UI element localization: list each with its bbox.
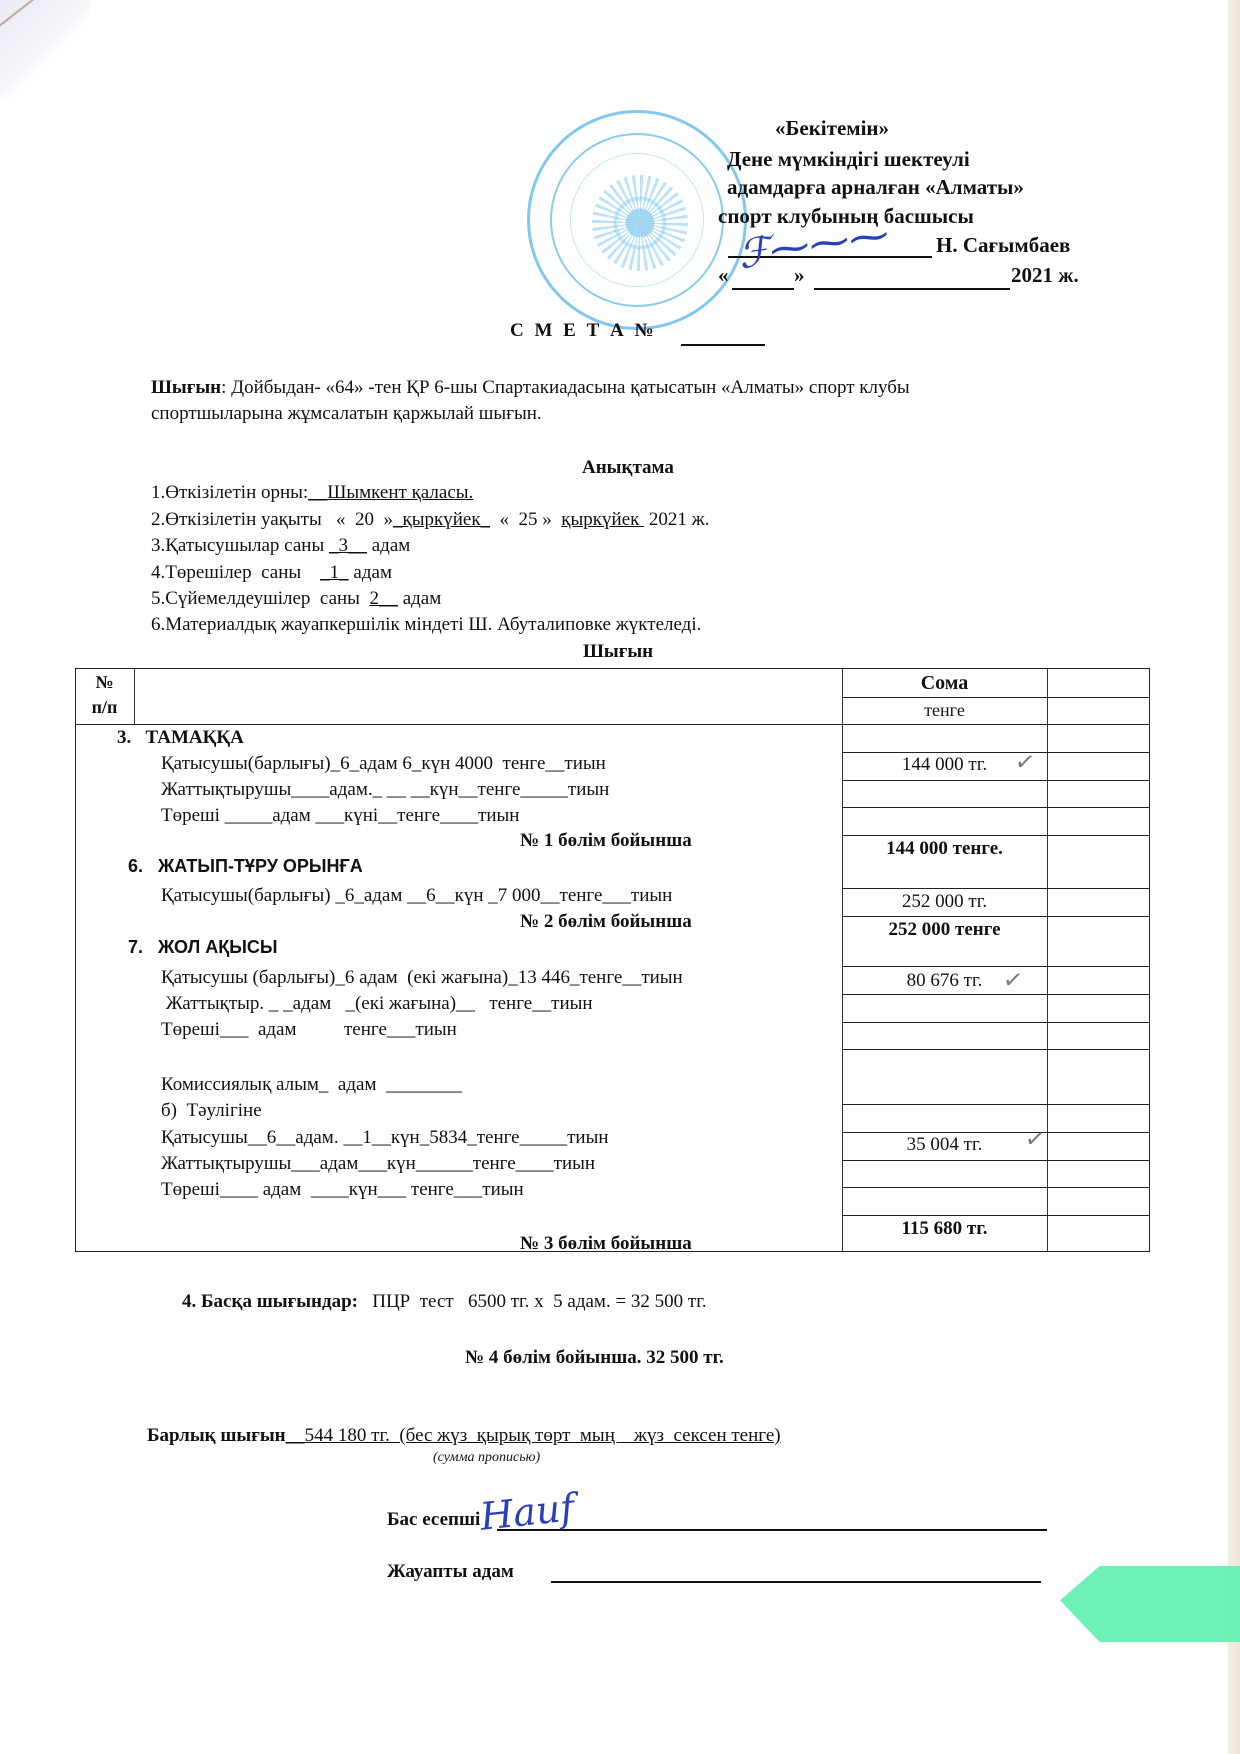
reference-heading: Анықтама bbox=[582, 456, 674, 480]
reference-label: 5.Сүйемелдеушілер саны bbox=[151, 588, 369, 609]
per-diem-referees: Төреші____ адам ____күн___ тенге___тиын bbox=[161, 1178, 524, 1202]
per-diem-amount: 35 004 тг. bbox=[842, 1134, 1047, 1156]
table-divider bbox=[842, 835, 1150, 836]
participants-count: _3__ bbox=[329, 535, 367, 556]
table-divider bbox=[842, 697, 1150, 698]
responsible-person-signature-line bbox=[551, 1581, 1041, 1583]
travel-row-coaches: Жаттықтыр. _ _адам _(екі жағына)__ тенге… bbox=[161, 992, 593, 1016]
lodging-amount: 252 000 тг. bbox=[842, 891, 1047, 913]
checkmark-icon: ✓ bbox=[1013, 747, 1037, 778]
travel-row-participants: Қатысушы (барлығы)_6 адам (екі жағына)_1… bbox=[161, 966, 683, 990]
expense-description-2: спортшыларына жұмсалатын қаржылай шығын. bbox=[151, 402, 542, 426]
unit-label: адам bbox=[398, 588, 441, 609]
end-day: « 25 » bbox=[490, 509, 561, 530]
reference-label: 1.Өткізілетін орны: bbox=[151, 482, 308, 503]
chief-accountant-signature-line bbox=[497, 1529, 1047, 1531]
food-row-participants: Қатысушы(барлығы)_6_адам 6_күн 4000 тенг… bbox=[161, 752, 606, 776]
food-total: 144 000 тенге. bbox=[842, 838, 1047, 860]
venue-value: __Шымкент қаласы. bbox=[308, 482, 473, 503]
table-divider bbox=[842, 994, 1150, 995]
reference-item-3: 3.Қатысушылар саны _3__ адам bbox=[151, 534, 410, 558]
approval-date-mid: » bbox=[794, 262, 805, 289]
other-expenses: 4. Басқа шығындар: ПЦР тест 6500 тг. х 5… bbox=[182, 1290, 707, 1314]
escorts-count: 2__ bbox=[369, 588, 398, 609]
lodging-row-participants: Қатысушы(барлығы) _6_адам __6__күн _7 00… bbox=[161, 884, 672, 908]
expense-intro: Шығын: Дойбыдан- «64» -тен ҚР 6-шы Спарт… bbox=[151, 376, 1111, 400]
reference-item-1: 1.Өткізілетін орны:__Шымкент қаласы. bbox=[151, 481, 473, 505]
grand-total: Барлық шығын__544 180 тг. (бес жүз қырық… bbox=[147, 1424, 781, 1448]
travel-total: 115 680 тг. bbox=[842, 1218, 1047, 1240]
table-caption: Шығын bbox=[583, 640, 653, 664]
approval-month-blank bbox=[814, 288, 1010, 290]
approval-title: «Бекітемін» bbox=[775, 115, 889, 142]
approval-day-blank bbox=[732, 288, 794, 290]
unit-label: адам bbox=[349, 562, 392, 583]
section-4-total: № 4 бөлім бойынша. 32 500 тг. bbox=[465, 1346, 724, 1370]
header-number-pp: п/п bbox=[75, 695, 134, 720]
amount-in-words-note: (сумма прописью) bbox=[433, 1450, 540, 1466]
director-name: Н. Сағымбаев bbox=[936, 232, 1070, 259]
approval-date-open: « bbox=[718, 262, 729, 289]
section-2-total-label: № 2 бөлім бойынша bbox=[520, 910, 692, 934]
header-sum: Сома bbox=[842, 672, 1047, 695]
section-travel-title: 7. ЖОЛ АҚЫСЫ bbox=[128, 937, 277, 958]
estimate-number-blank bbox=[681, 344, 765, 346]
food-row-coaches: Жаттықтырушы____адам._ __ __күн__тенге__… bbox=[161, 778, 609, 802]
reference-label: 2.Өткізілетін уақыты « 20 » bbox=[151, 509, 393, 530]
table-divider bbox=[842, 1215, 1150, 1216]
section-lodging-title: 6. ЖАТЫП-ТҰРУ ОРЫНҒА bbox=[128, 856, 363, 877]
official-stamp-icon bbox=[527, 110, 747, 330]
header-number: № п/п bbox=[75, 670, 134, 720]
table-divider bbox=[842, 966, 1150, 967]
chief-accountant-label: Бас есепші bbox=[387, 1508, 480, 1532]
approval-line-2: адамдарға арналған «Алматы» bbox=[727, 174, 1024, 201]
table-divider bbox=[842, 1187, 1150, 1188]
table-divider bbox=[842, 1132, 1150, 1133]
table-divider bbox=[842, 780, 1150, 781]
section-1-total-label: № 1 бөлім бойынша bbox=[520, 829, 692, 853]
lodging-total: 252 000 тенге bbox=[842, 919, 1047, 941]
table-divider bbox=[842, 916, 1150, 917]
reference-label: 3.Қатысушылар саны bbox=[151, 535, 329, 556]
coat-of-arms-icon bbox=[592, 175, 688, 271]
section-food-title: 3. ТАМАҚҚА bbox=[117, 726, 244, 750]
table-divider bbox=[842, 1022, 1150, 1023]
referees-count: _1_ bbox=[320, 562, 349, 583]
unit-label: адам bbox=[367, 535, 410, 556]
reference-item-4: 4.Төрешілер саны _1_ адам bbox=[151, 561, 392, 585]
header-number-sign: № bbox=[75, 670, 134, 695]
grand-total-value: __544 180 тг. (бес жүз қырық төрт мың жү… bbox=[286, 1425, 781, 1446]
other-expenses-label: 4. Басқа шығындар: bbox=[182, 1291, 358, 1312]
document-title: С М Е Т А № bbox=[510, 320, 657, 342]
reference-item-6: 6.Материалдық жауапкершілік міндеті Ш. А… bbox=[151, 613, 701, 637]
checkmark-icon: ✓ bbox=[1023, 1124, 1047, 1155]
approval-year: 2021 ж. bbox=[1011, 262, 1079, 289]
expense-description: : Дойбыдан- «64» -тен ҚР 6-шы Спартакиад… bbox=[221, 377, 910, 398]
grand-total-label: Барлық шығын bbox=[147, 1425, 286, 1446]
reference-item-5: 5.Сүйемелдеушілер саны 2__ адам bbox=[151, 587, 441, 611]
food-row-referees: Төреші _____адам ___күні__тенге____тиын bbox=[161, 804, 519, 828]
end-month-value: қыркүйек bbox=[561, 509, 644, 530]
header-unit: тенге bbox=[842, 700, 1047, 721]
responsible-person-label: Жауапты адам bbox=[387, 1560, 514, 1584]
table-divider bbox=[842, 807, 1150, 808]
table-divider bbox=[842, 888, 1150, 889]
reference-label: 4.Төрешілер саны bbox=[151, 562, 320, 583]
table-divider bbox=[842, 1160, 1150, 1161]
table-divider bbox=[842, 1104, 1150, 1105]
approval-line-1: Дене мүмкіндігі шектеулі bbox=[727, 146, 970, 173]
table-divider bbox=[1047, 668, 1048, 1252]
travel-row-referees: Төреші___ адам тенге___тиын bbox=[161, 1018, 457, 1042]
start-month-value: _қыркүйек_ bbox=[393, 509, 490, 530]
section-3-total-label: № 3 бөлім бойынша bbox=[520, 1232, 692, 1256]
per-diem-coaches: Жаттықтырушы___адам___күн______тенге____… bbox=[161, 1152, 595, 1176]
per-diem-participants: Қатысушы__6__адам. __1__күн_5834_тенге__… bbox=[161, 1126, 609, 1150]
year-value: 2021 ж. bbox=[644, 509, 709, 530]
table-divider bbox=[842, 752, 1150, 753]
checkmark-icon: ✓ bbox=[1001, 965, 1025, 996]
reference-item-2: 2.Өткізілетін уақыты « 20 »_қыркүйек_ « … bbox=[151, 508, 710, 532]
expense-label: Шығын bbox=[151, 377, 221, 398]
page-edge bbox=[1228, 0, 1240, 1754]
per-diem-heading: б) Тәулігіне bbox=[161, 1099, 262, 1123]
table-divider bbox=[842, 1049, 1150, 1050]
table-divider bbox=[75, 724, 1150, 725]
travel-row-commission: Комиссиялық алым_ адам ________ bbox=[161, 1073, 462, 1097]
other-expenses-text: ПЦР тест 6500 тг. х 5 адам. = 32 500 тг. bbox=[358, 1291, 707, 1312]
table-divider bbox=[134, 668, 135, 724]
sticky-tab-flag bbox=[1060, 1566, 1240, 1642]
